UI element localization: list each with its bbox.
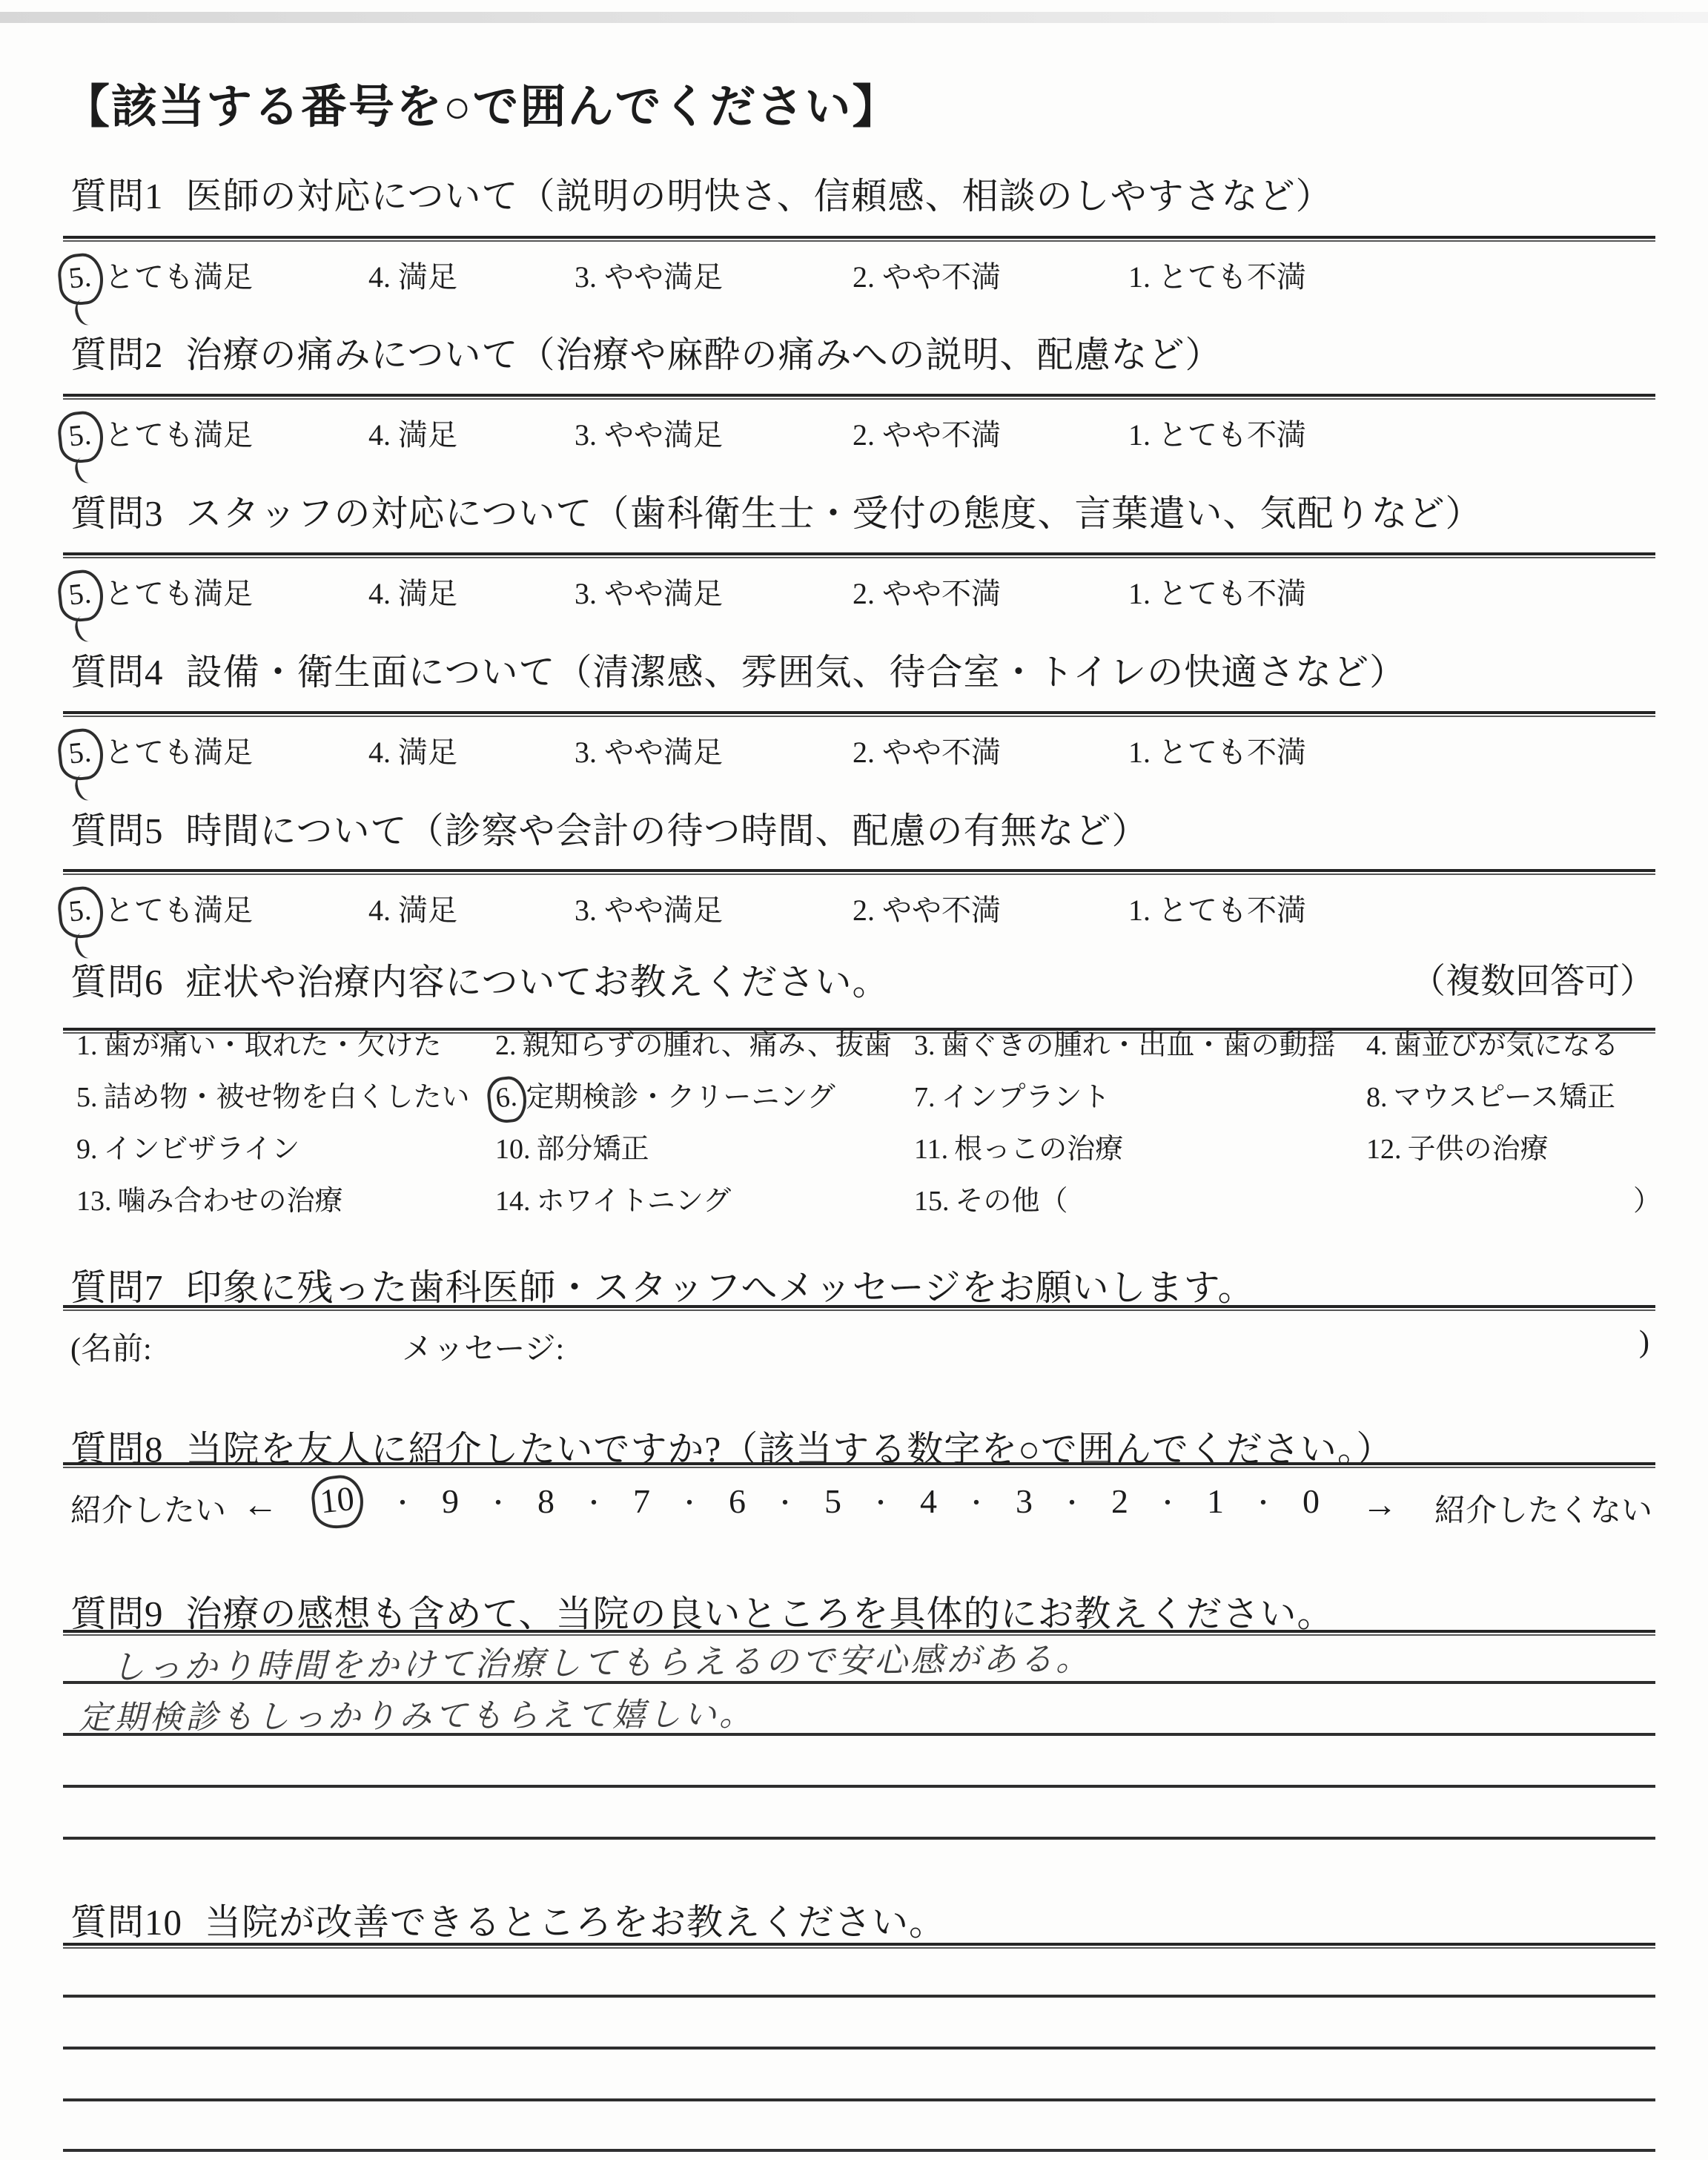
option-number: 1. xyxy=(76,1030,98,1061)
question-5-options: 5.とても満足 4.満足 3.やや満足 2.やや不満 1.とても不満 xyxy=(70,882,1655,940)
scale-separator: ・ xyxy=(390,1483,415,1519)
question-1-divider xyxy=(63,236,1655,242)
circled-answer-mark: 6. xyxy=(486,1074,529,1124)
option-number: 4. xyxy=(368,418,391,452)
option-number: 8. xyxy=(1366,1082,1388,1113)
option-number: 2. xyxy=(853,418,875,452)
treatment-option-1[interactable]: 1.歯が痛い・取れた・欠けた xyxy=(76,1022,442,1063)
question-1-options: 5.とても満足 4.満足 3.やや満足 2.やや不満 1.とても不満 xyxy=(70,249,1655,307)
rating-option-3[interactable]: 3.やや満足 xyxy=(575,254,723,296)
rating-option-5[interactable]: 5.とても満足 xyxy=(70,729,253,773)
scale-value-1[interactable]: 1 xyxy=(1207,1482,1224,1521)
option-number: 5. xyxy=(67,576,93,612)
option-label: とても満足 xyxy=(105,260,253,294)
answer-line[interactable] xyxy=(63,1733,1655,1736)
question-7-number: 質問7 xyxy=(70,1267,164,1308)
rating-option-1[interactable]: 1.とても不満 xyxy=(1128,412,1306,454)
option-number: 2. xyxy=(853,577,875,610)
question-2-title: 治療の痛みについて（治療や麻酔の痛みへの説明、配慮など） xyxy=(186,334,1222,375)
question-3-options: 5.とても満足 4.満足 3.やや満足 2.やや不満 1.とても不満 xyxy=(70,566,1655,624)
treatment-option-6[interactable]: 6.定期検診・クリーニング xyxy=(495,1074,835,1117)
option-label: インプラント xyxy=(941,1082,1110,1113)
scale-value-4[interactable]: 4 xyxy=(920,1482,937,1521)
question-10-header: 質問10当院が改善できるところをお教えください。 xyxy=(70,1894,946,1946)
circled-answer-mark: 5. xyxy=(56,727,106,782)
question-7-answer-row[interactable]: (名前: メッセージ: ) xyxy=(70,1324,1655,1376)
rating-option-5[interactable]: 5.とても満足 xyxy=(70,570,253,614)
rating-option-4[interactable]: 4.満足 xyxy=(368,729,457,771)
option-number: 5. xyxy=(67,417,93,453)
scale-separator: ・ xyxy=(772,1483,798,1519)
answer-line[interactable] xyxy=(63,1681,1655,1684)
circled-answer-mark: 5. xyxy=(56,251,106,307)
scale-value-9[interactable]: 9 xyxy=(442,1482,459,1521)
circled-answer-mark: 5. xyxy=(56,409,106,465)
answer-line[interactable] xyxy=(63,1837,1655,1840)
survey-sheet: 【該当する番号を○で囲んでください】 質問1医師の対応について（説明の明快さ、信… xyxy=(0,0,1708,2160)
option-number: 6. xyxy=(494,1081,519,1114)
option-number: 2. xyxy=(495,1030,517,1061)
rating-option-4[interactable]: 4.満足 xyxy=(368,570,457,612)
name-field-label: (名前: xyxy=(70,1324,152,1369)
scale-value-0[interactable]: 0 xyxy=(1302,1482,1320,1521)
option-label: 部分矯正 xyxy=(537,1134,649,1165)
question-4-title: 設備・衛生面について（清潔感、雰囲気、待合室・トイレの快適さなど） xyxy=(186,652,1407,693)
question-9-number: 質問9 xyxy=(70,1593,164,1634)
option-number: 14. xyxy=(495,1186,531,1217)
question-4-header: 質問4設備・衛生面について（清潔感、雰囲気、待合室・トイレの快適さなど） xyxy=(70,644,1406,696)
right-arrow: → xyxy=(1362,1484,1397,1525)
treatment-option-2[interactable]: 2.親知らずの腫れ、痛み、抜歯 xyxy=(495,1022,892,1063)
scale-value: 10 xyxy=(318,1479,356,1521)
question-5-number: 質問5 xyxy=(70,810,164,851)
treatment-option-11[interactable]: 11.根っこの治療 xyxy=(914,1126,1123,1166)
scale-value-3[interactable]: 3 xyxy=(1016,1482,1033,1521)
scale-value-5[interactable]: 5 xyxy=(824,1482,841,1521)
scale-left-label: 紹介したい xyxy=(70,1486,226,1530)
option-number: 4. xyxy=(368,894,391,927)
question-3-divider xyxy=(63,552,1655,558)
question-2-options: 5.とても満足 4.満足 3.やや満足 2.やや不満 1.とても不満 xyxy=(70,407,1655,465)
option-number: 1. xyxy=(1128,894,1151,927)
option-label: 親知らずの腫れ、痛み、抜歯 xyxy=(523,1030,893,1061)
option-label: やや不満 xyxy=(882,577,1001,610)
option-label: とても不満 xyxy=(1158,894,1306,927)
option-label: やや満足 xyxy=(604,736,723,769)
treatment-option-5[interactable]: 5.詰め物・被せ物を白くしたい xyxy=(76,1074,470,1114)
option-number: 3. xyxy=(575,418,597,452)
option-number: 4. xyxy=(368,260,391,294)
question-3-number: 質問3 xyxy=(70,493,164,534)
question-4-divider xyxy=(63,711,1655,717)
rating-option-2[interactable]: 2.やや不満 xyxy=(853,729,1001,771)
scale-value-7[interactable]: 7 xyxy=(633,1482,650,1521)
option-number: 3. xyxy=(575,736,597,769)
rating-option-3[interactable]: 3.やや満足 xyxy=(575,887,723,929)
question-9-title: 治療の感想も含めて、当院の良いところを具体的にお教えください。 xyxy=(186,1593,1334,1634)
option-label: 噛み合わせの治療 xyxy=(118,1186,343,1217)
option-number: 13. xyxy=(76,1186,112,1217)
answer-line[interactable] xyxy=(63,2149,1655,2152)
question-7-divider xyxy=(63,1305,1655,1311)
option-label: やや不満 xyxy=(882,894,1001,927)
treatment-option-3[interactable]: 3.歯ぐきの腫れ・出血・歯の動揺 xyxy=(914,1022,1336,1063)
option-label: やや満足 xyxy=(604,260,723,294)
question-8-scale: 紹介したい ← 10 ・ 9 ・ 8 ・ 7 ・ 6 ・ 5 ・ 4 ・ 3 ・… xyxy=(70,1480,1655,1547)
option-number: 1. xyxy=(1128,418,1151,452)
question-3-title: スタッフの対応について（歯科衛生士・受付の態度、言葉遣い、気配りなど） xyxy=(186,493,1483,534)
option-number: 2. xyxy=(853,736,875,769)
option-number: 10. xyxy=(495,1134,531,1165)
option-number: 3. xyxy=(914,1030,936,1061)
scale-numbers: 10 ・ 9 ・ 8 ・ 7 ・ 6 ・ 5 ・ 4 ・ 3 ・ 2 ・ 1 ・… xyxy=(320,1480,1320,1522)
option-label: インビザライン xyxy=(104,1134,300,1165)
handwritten-answer: しっかり時間をかけて治療してもらえるので安心感がある。 xyxy=(111,1631,1093,1688)
option-label: 子供の治療 xyxy=(1408,1134,1549,1165)
left-arrow: ← xyxy=(242,1484,278,1525)
option-label: マウスピース矯正 xyxy=(1394,1082,1615,1113)
option-number: 1. xyxy=(1128,736,1151,769)
rating-option-1[interactable]: 1.とても不満 xyxy=(1128,254,1306,296)
other-closing-paren: ） xyxy=(1633,1178,1661,1218)
scale-separator: ・ xyxy=(868,1483,893,1519)
treatment-option-12[interactable]: 12.子供の治療 xyxy=(1366,1126,1549,1166)
rating-option-1[interactable]: 1.とても不満 xyxy=(1128,887,1306,929)
question-4-number: 質問4 xyxy=(70,652,164,693)
option-number: 4. xyxy=(368,736,391,769)
circled-answer-mark: 5. xyxy=(56,568,106,624)
question-2-divider xyxy=(63,394,1655,400)
option-number: 5. xyxy=(67,260,93,295)
question-6-options: 1.歯が痛い・取れた・欠けた 2.親知らずの腫れ、痛み、抜歯 3.歯ぐきの腫れ・… xyxy=(76,1005,1655,1228)
closing-paren: ) xyxy=(1639,1324,1649,1360)
question-5-header: 質問5時間について（診察や会計の待つ時間、配慮の有無など） xyxy=(70,802,1149,854)
rating-option-2[interactable]: 2.やや不満 xyxy=(853,887,1001,929)
scale-separator: ・ xyxy=(581,1483,606,1519)
rating-option-1[interactable]: 1.とても不満 xyxy=(1128,570,1306,612)
rating-option-1[interactable]: 1.とても不満 xyxy=(1128,729,1306,771)
question-5-divider xyxy=(63,869,1655,875)
rating-option-4[interactable]: 4.満足 xyxy=(368,887,457,929)
circled-answer-mark: 5. xyxy=(56,885,106,940)
option-label: 満足 xyxy=(398,260,457,294)
scale-value-10-circled[interactable]: 10 xyxy=(309,1473,365,1531)
option-number: 3. xyxy=(575,260,597,294)
rating-option-3[interactable]: 3.やや満足 xyxy=(575,412,723,454)
option-label: 満足 xyxy=(398,418,457,452)
treatment-option-14[interactable]: 14.ホワイトニング xyxy=(495,1178,731,1218)
treatment-option-10[interactable]: 10.部分矯正 xyxy=(495,1126,649,1166)
question-10-title: 当院が改善できるところをお教えください。 xyxy=(205,1902,946,1943)
option-label: 満足 xyxy=(398,577,457,610)
option-number: 5. xyxy=(67,735,93,770)
answer-line[interactable] xyxy=(63,2047,1655,2050)
option-label: ホワイトニング xyxy=(537,1186,732,1217)
rating-option-2[interactable]: 2.やや不満 xyxy=(853,412,1001,454)
option-label: とても不満 xyxy=(1158,260,1306,294)
option-label: とても満足 xyxy=(105,577,253,610)
scan-artifact-band xyxy=(0,12,1708,23)
question-1-header: 質問1医師の対応について（説明の明快さ、信頼感、相談のしやすさなど） xyxy=(70,168,1333,219)
option-number: 1. xyxy=(1128,260,1151,294)
option-label: やや満足 xyxy=(604,418,723,452)
rating-option-4[interactable]: 4.満足 xyxy=(368,412,457,454)
rating-option-5[interactable]: 5.とても満足 xyxy=(70,254,253,297)
option-label: 根っこの治療 xyxy=(954,1134,1123,1165)
option-number: 5. xyxy=(76,1082,98,1113)
treatment-option-8[interactable]: 8.マウスピース矯正 xyxy=(1366,1074,1615,1114)
treatment-option-4[interactable]: 4.歯並びが気になる xyxy=(1366,1022,1619,1063)
scale-value-6[interactable]: 6 xyxy=(729,1482,746,1521)
treatment-option-9[interactable]: 9.インビザライン xyxy=(76,1126,299,1166)
option-number: 2. xyxy=(853,260,875,294)
scale-value-2[interactable]: 2 xyxy=(1111,1482,1128,1521)
rating-option-3[interactable]: 3.やや満足 xyxy=(575,570,723,612)
scale-right-label: 紹介したくない xyxy=(1434,1486,1652,1530)
rating-option-5[interactable]: 5.とても満足 xyxy=(70,412,253,455)
option-number: 7. xyxy=(914,1082,936,1113)
scale-separator: ・ xyxy=(486,1483,511,1519)
question-8-divider xyxy=(63,1462,1655,1468)
question-10-divider xyxy=(63,1943,1655,1949)
question-4-options: 5.とても満足 4.満足 3.やや満足 2.やや不満 1.とても不満 xyxy=(70,724,1655,782)
answer-line[interactable] xyxy=(63,1785,1655,1788)
scale-separator: ・ xyxy=(1059,1483,1085,1519)
message-field-label: メッセージ: xyxy=(402,1324,564,1369)
option-label: 満足 xyxy=(398,894,457,927)
option-number: 3. xyxy=(575,577,597,610)
option-number: 1. xyxy=(1128,577,1151,610)
question-6-title: 症状や治療内容についてお教えください。 xyxy=(186,962,890,1003)
question-3-header: 質問3スタッフの対応について（歯科衛生士・受付の態度、言葉遣い、気配りなど） xyxy=(70,485,1483,537)
rating-option-2[interactable]: 2.やや不満 xyxy=(853,254,1001,296)
option-number: 4. xyxy=(368,577,391,610)
option-label: やや満足 xyxy=(604,894,723,927)
question-7-header: 質問7印象に残った歯科医師・スタッフへメッセージをお願いします。 xyxy=(70,1259,1255,1311)
option-number: 12. xyxy=(1366,1134,1402,1165)
question-5-title: 時間について（診察や会計の待つ時間、配慮の有無など） xyxy=(186,810,1149,851)
option-number: 15. xyxy=(914,1186,950,1217)
scale-separator: ・ xyxy=(1155,1483,1180,1519)
treatment-option-7[interactable]: 7.インプラント xyxy=(914,1074,1110,1114)
handwritten-answer: 定期検診もしっかりみてもらえて嬉しい。 xyxy=(79,1688,755,1739)
option-number: 9. xyxy=(76,1134,98,1165)
option-label: 歯が痛い・取れた・欠けた xyxy=(104,1030,442,1061)
question-6-header: 質問6症状や治療内容についてお教えください。 xyxy=(70,954,890,1005)
option-label: とても満足 xyxy=(105,418,253,452)
form-title: 【該当する番号を○で囲んでください】 xyxy=(64,70,899,136)
option-label: 定期検診・クリーニング xyxy=(526,1082,835,1113)
rating-option-5[interactable]: 5.とても満足 xyxy=(70,887,253,931)
question-2-header: 質問2治療の痛みについて（治療や麻酔の痛みへの説明、配慮など） xyxy=(70,326,1222,378)
scale-separator: ・ xyxy=(677,1483,702,1519)
option-label: 歯ぐきの腫れ・出血・歯の動揺 xyxy=(941,1030,1336,1061)
option-label: とても満足 xyxy=(105,894,253,927)
treatment-option-15-other[interactable]: 15.その他（ xyxy=(914,1178,1068,1218)
option-number: 3. xyxy=(575,894,597,927)
option-label: やや不満 xyxy=(882,260,1001,294)
question-6-number: 質問6 xyxy=(70,962,164,1003)
option-label: その他（ xyxy=(956,1186,1068,1217)
option-label: とても不満 xyxy=(1158,736,1306,769)
option-number: 2. xyxy=(853,894,875,927)
scale-value-8[interactable]: 8 xyxy=(537,1482,555,1521)
treatment-option-13[interactable]: 13.噛み合わせの治療 xyxy=(76,1178,343,1218)
question-7-title: 印象に残った歯科医師・スタッフへメッセージをお願いします。 xyxy=(186,1267,1255,1308)
option-number: 5. xyxy=(67,893,93,928)
question-10-number: 質問10 xyxy=(70,1902,182,1943)
option-label: とても満足 xyxy=(105,736,253,769)
option-number: 4. xyxy=(1366,1030,1388,1061)
option-label: とても不満 xyxy=(1158,577,1306,610)
option-label: やや不満 xyxy=(882,418,1001,452)
option-number: 11. xyxy=(914,1134,948,1165)
option-label: とても不満 xyxy=(1158,418,1306,452)
rating-option-3[interactable]: 3.やや満足 xyxy=(575,729,723,771)
multiple-answers-note: （複数回答可） xyxy=(1411,954,1655,1003)
question-1-title: 医師の対応について（説明の明快さ、信頼感、相談のしやすさなど） xyxy=(186,176,1333,217)
question-1-number: 質問1 xyxy=(70,176,164,217)
option-label: 満足 xyxy=(398,736,457,769)
option-label: やや不満 xyxy=(882,736,1001,769)
rating-option-4[interactable]: 4.満足 xyxy=(368,254,457,296)
option-label: 詰め物・被せ物を白くしたい xyxy=(104,1082,470,1113)
option-label: 歯並びが気になる xyxy=(1394,1030,1619,1061)
option-label: やや満足 xyxy=(604,577,723,610)
rating-option-2[interactable]: 2.やや不満 xyxy=(853,570,1001,612)
scale-separator: ・ xyxy=(1251,1483,1276,1519)
scale-separator: ・ xyxy=(964,1483,989,1519)
question-2-number: 質問2 xyxy=(70,334,164,375)
answer-line[interactable] xyxy=(63,2098,1655,2101)
answer-line[interactable] xyxy=(63,1995,1655,1998)
